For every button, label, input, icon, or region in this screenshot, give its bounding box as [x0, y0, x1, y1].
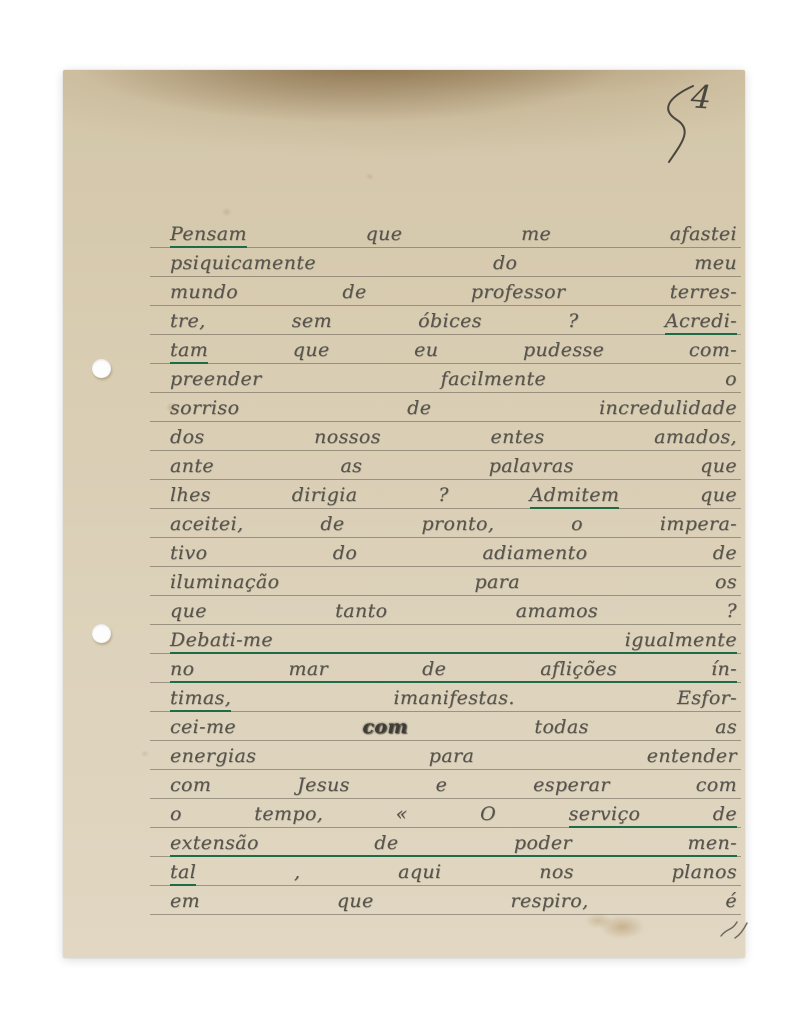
manuscript-line: sorriso de incredulidade: [150, 393, 741, 422]
underlined-handwriting: Debati-me igualmente: [170, 629, 737, 654]
manuscript-line: aceitei, de pronto, o impera-: [150, 509, 741, 538]
handwriting: aceitei, de pronto, o impera-: [170, 513, 737, 535]
manuscript-line: Debati-me igualmente: [150, 625, 741, 654]
handwriting: mundo de professor terres-: [170, 281, 737, 303]
handwriting: cei-me: [170, 716, 236, 738]
manuscript-line: no mar de aflições ín-: [150, 654, 741, 683]
handwriting: sorriso de incredulidade: [170, 397, 737, 419]
page-number: 4: [647, 76, 717, 168]
manuscript-line-text: timas, imanifestas. Esfor-: [150, 683, 741, 714]
manuscript-line: energias para entender: [150, 741, 741, 770]
handwriting: preender facilmente o: [170, 368, 737, 390]
handwriting: lhes dirigia ?: [170, 484, 449, 506]
handwriting: com Jesus e esperar com: [170, 774, 737, 796]
handwriting: em que respiro, é: [170, 890, 737, 912]
handwriting: ante as palavras que: [170, 455, 737, 477]
underlined-handwriting: no mar de aflições ín-: [170, 658, 737, 683]
manuscript-line-text: cei-me com todas as: [150, 712, 741, 743]
manuscript-line: cei-me com todas as: [150, 712, 741, 741]
handwriting: imanifestas. Esfor-: [393, 687, 737, 709]
manuscript-line-text: extensão de poder men-: [150, 828, 741, 859]
manuscript-line-text: Debati-me igualmente: [150, 625, 741, 656]
manuscript-line-text: que tanto amamos ?: [150, 596, 741, 627]
handwriting: que: [700, 484, 737, 506]
handwriting: tre, sem óbices ?: [170, 310, 579, 332]
manuscript-line: ante as palavras que: [150, 451, 741, 480]
hole-punch-bottom: [92, 624, 111, 643]
manuscript-line-text: tam que eu pudesse com-: [150, 335, 741, 366]
manuscript-line-text: preender facilmente o: [150, 364, 741, 395]
stray-ink-mark: [718, 916, 752, 942]
manuscript-line-text: Pensam que me afastei: [150, 219, 741, 250]
handwriting: que eu pudesse com-: [293, 339, 737, 361]
manuscript-line-text: ante as palavras que: [150, 451, 741, 482]
manuscript-line-text: aceitei, de pronto, o impera-: [150, 509, 741, 540]
handwriting: energias para entender: [170, 745, 737, 767]
manuscript-line: timas, imanifestas. Esfor-: [150, 683, 741, 712]
manuscript-line-text: mundo de professor terres-: [150, 277, 741, 308]
manuscript-line-text: iluminação para os: [150, 567, 741, 598]
manuscript-line: lhes dirigia ? Admitem que: [150, 480, 741, 509]
handwriting: dos nossos entes amados,: [170, 426, 737, 448]
handwriting: psiquicamente do meu: [170, 252, 737, 274]
manuscript-line-text: tivo do adiamento de: [150, 538, 741, 569]
handwriting: com: [362, 716, 408, 738]
manuscript-line-text: tre, sem óbices ? Acredi-: [150, 306, 741, 337]
manuscript-line: em que respiro, é: [150, 886, 741, 915]
hole-punch-top: [92, 359, 111, 378]
manuscript-line-text: em que respiro, é: [150, 886, 741, 917]
manuscript-line: mundo de professor terres-: [150, 277, 741, 306]
manuscript-line: extensão de poder men-: [150, 828, 741, 857]
manuscript-line: Pensam que me afastei: [150, 219, 741, 248]
manuscript-line: iluminação para os: [150, 567, 741, 596]
manuscript-line-text: dos nossos entes amados,: [150, 422, 741, 453]
manuscript-line-text: lhes dirigia ? Admitem que: [150, 480, 741, 511]
handwriting: que me afastei: [366, 223, 737, 245]
manuscript-line: o tempo, « O serviço de: [150, 799, 741, 828]
manuscript-line: tre, sem óbices ? Acredi-: [150, 306, 741, 335]
manuscript-line: tivo do adiamento de: [150, 538, 741, 567]
manuscript-line: tal , aqui nos planos: [150, 857, 741, 886]
manuscript-line-text: tal , aqui nos planos: [150, 857, 741, 888]
underlined-handwriting: Acredi-: [665, 310, 737, 335]
manuscript-line-text: sorriso de incredulidade: [150, 393, 741, 424]
underlined-handwriting: extensão de poder men-: [170, 832, 737, 857]
manuscript-lines: Pensam que me afastei psiquicamente do m…: [150, 219, 741, 915]
underlined-handwriting: Pensam: [170, 223, 247, 248]
manuscript-paper-sheet: 4 Pensam que me afastei psiquicamente do…: [63, 70, 745, 958]
page-number-digit: 4: [689, 77, 712, 116]
manuscript-line-text: o tempo, « O serviço de: [150, 799, 741, 830]
handwriting: iluminação para os: [170, 571, 737, 593]
manuscript-line: tam que eu pudesse com-: [150, 335, 741, 364]
manuscript-line: que tanto amamos ?: [150, 596, 741, 625]
manuscript-line: preender facilmente o: [150, 364, 741, 393]
manuscript-line-text: psiquicamente do meu: [150, 248, 741, 279]
scanned-document: 4 Pensam que me afastei psiquicamente do…: [0, 0, 809, 1024]
manuscript-line: dos nossos entes amados,: [150, 422, 741, 451]
underlined-handwriting: Admitem: [530, 484, 620, 509]
underlined-handwriting: timas,: [170, 687, 231, 712]
handwriting: todas as: [534, 716, 737, 738]
handwriting: o tempo, « O: [170, 803, 496, 825]
manuscript-line-text: no mar de aflições ín-: [150, 654, 741, 685]
underlined-handwriting: tam: [170, 339, 208, 364]
manuscript-line: psiquicamente do meu: [150, 248, 741, 277]
manuscript-line: com Jesus e esperar com: [150, 770, 741, 799]
manuscript-line-text: com Jesus e esperar com: [150, 770, 741, 801]
handwriting: , aqui nos planos: [294, 861, 737, 883]
underlined-handwriting: serviço de: [569, 803, 737, 828]
handwriting: que tanto amamos ?: [170, 600, 737, 622]
underlined-handwriting: tal: [170, 861, 196, 886]
handwriting: tivo do adiamento de: [170, 542, 737, 564]
manuscript-line-text: energias para entender: [150, 741, 741, 772]
